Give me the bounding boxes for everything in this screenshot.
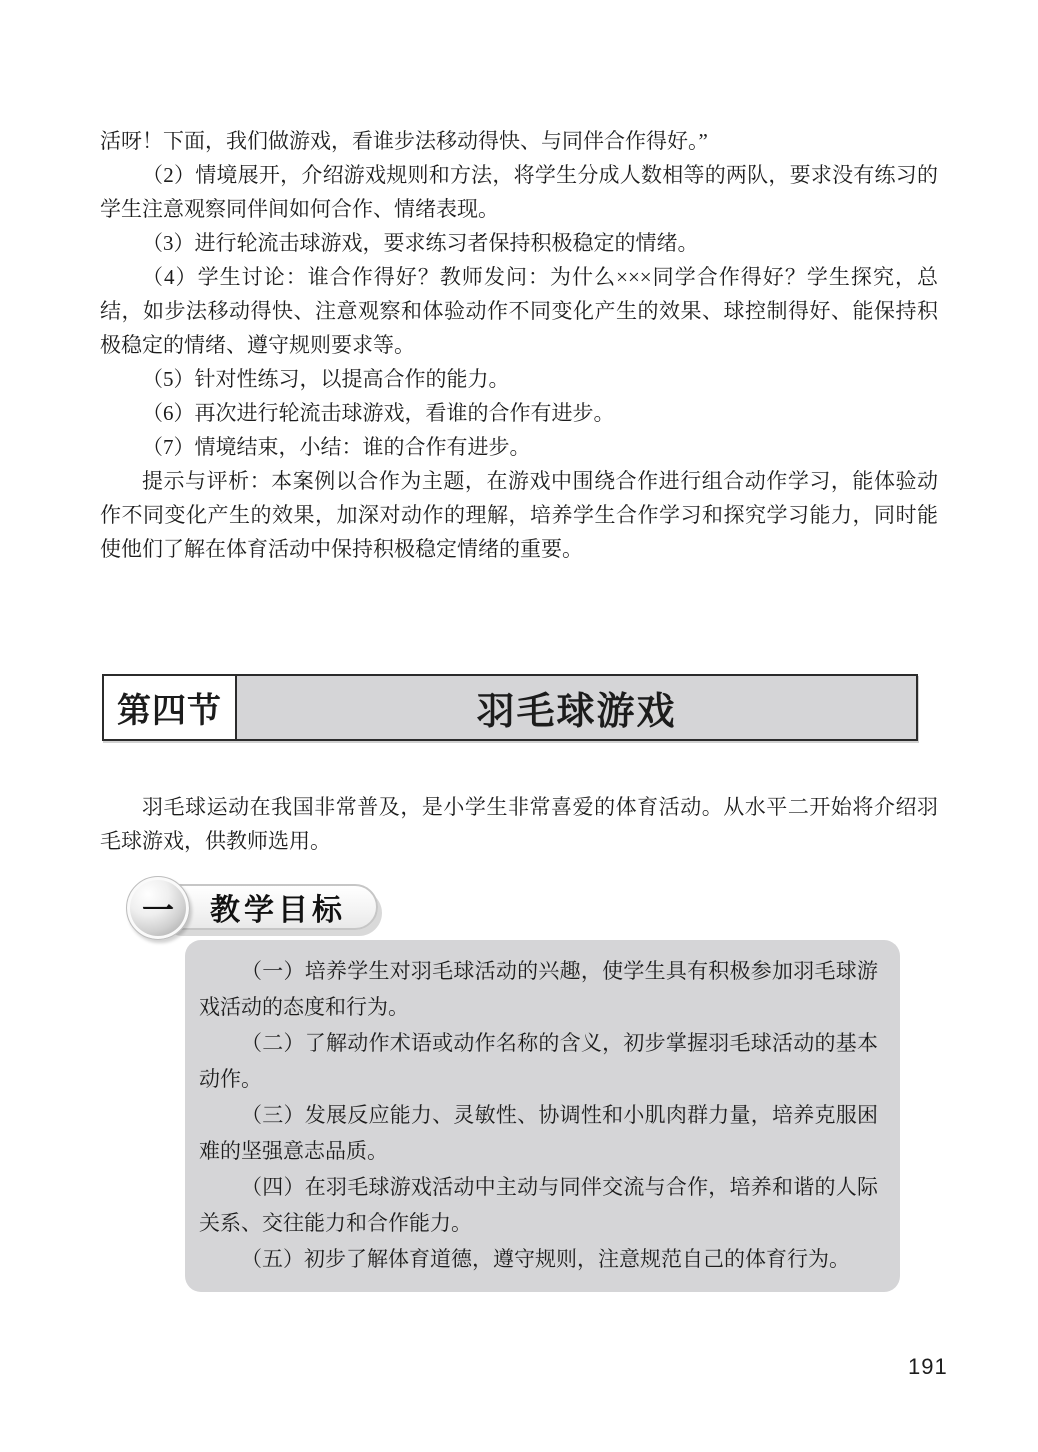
section-header-bar: 第四节 羽毛球游戏 — [102, 674, 918, 741]
case-paragraph: （7）情境结束，小结：谁的合作有进步。 — [100, 430, 938, 464]
case-text-block: 活呀！下面，我们做游戏，看谁步法移动得快、与同伴合作得好。”（2）情境展开，介绍… — [100, 124, 938, 566]
intro-paragraph: 羽毛球运动在我国非常普及，是小学生非常喜爱的体育活动。从水平二开始将介绍羽毛球游… — [100, 790, 938, 858]
objectives-heading-number-ball: 一 — [126, 876, 190, 940]
case-paragraph: 提示与评析：本案例以合作为主题，在游戏中围绕合作进行组合动作学习，能体验动作不同… — [100, 464, 938, 566]
section-number-label: 第四节 — [104, 676, 237, 739]
objectives-box: （一）培养学生对羽毛球活动的兴趣，使学生具有积极参加羽毛球游戏活动的态度和行为。… — [185, 940, 900, 1292]
section-title: 羽毛球游戏 — [237, 676, 916, 739]
page-number: 191 — [908, 1354, 948, 1380]
case-paragraph: （3）进行轮流击球游戏，要求练习者保持积极稳定的情绪。 — [100, 226, 938, 260]
case-paragraph: （4）学生讨论：谁合作得好？教师发问：为什么×××同学合作得好？学生探究，总结，… — [100, 260, 938, 362]
case-paragraph: （2）情境展开，介绍游戏规则和方法，将学生分成人数相等的两队，要求没有练习的学生… — [100, 158, 938, 226]
objective-item: （四）在羽毛球游戏活动中主动与同伴交流与合作，培养和谐的人际关系、交往能力和合作… — [199, 1169, 878, 1241]
objective-item: （三）发展反应能力、灵敏性、协调性和小肌肉群力量，培养克服困难的坚强意志品质。 — [199, 1097, 878, 1169]
case-paragraph: 活呀！下面，我们做游戏，看谁步法移动得快、与同伴合作得好。” — [100, 124, 938, 158]
case-paragraph: （6）再次进行轮流击球游戏，看谁的合作有进步。 — [100, 396, 938, 430]
objective-item: （五）初步了解体育道德，遵守规则，注意规范自己的体育行为。 — [199, 1241, 878, 1277]
case-paragraph: （5）针对性练习，以提高合作的能力。 — [100, 362, 938, 396]
objective-item: （一）培养学生对羽毛球活动的兴趣，使学生具有积极参加羽毛球游戏活动的态度和行为。 — [199, 953, 878, 1025]
objective-item: （二）了解动作术语或动作名称的含义，初步掌握羽毛球活动的基本动作。 — [199, 1025, 878, 1097]
textbook-page: 活呀！下面，我们做游戏，看谁步法移动得快、与同伴合作得好。”（2）情境展开，介绍… — [0, 0, 1038, 1452]
